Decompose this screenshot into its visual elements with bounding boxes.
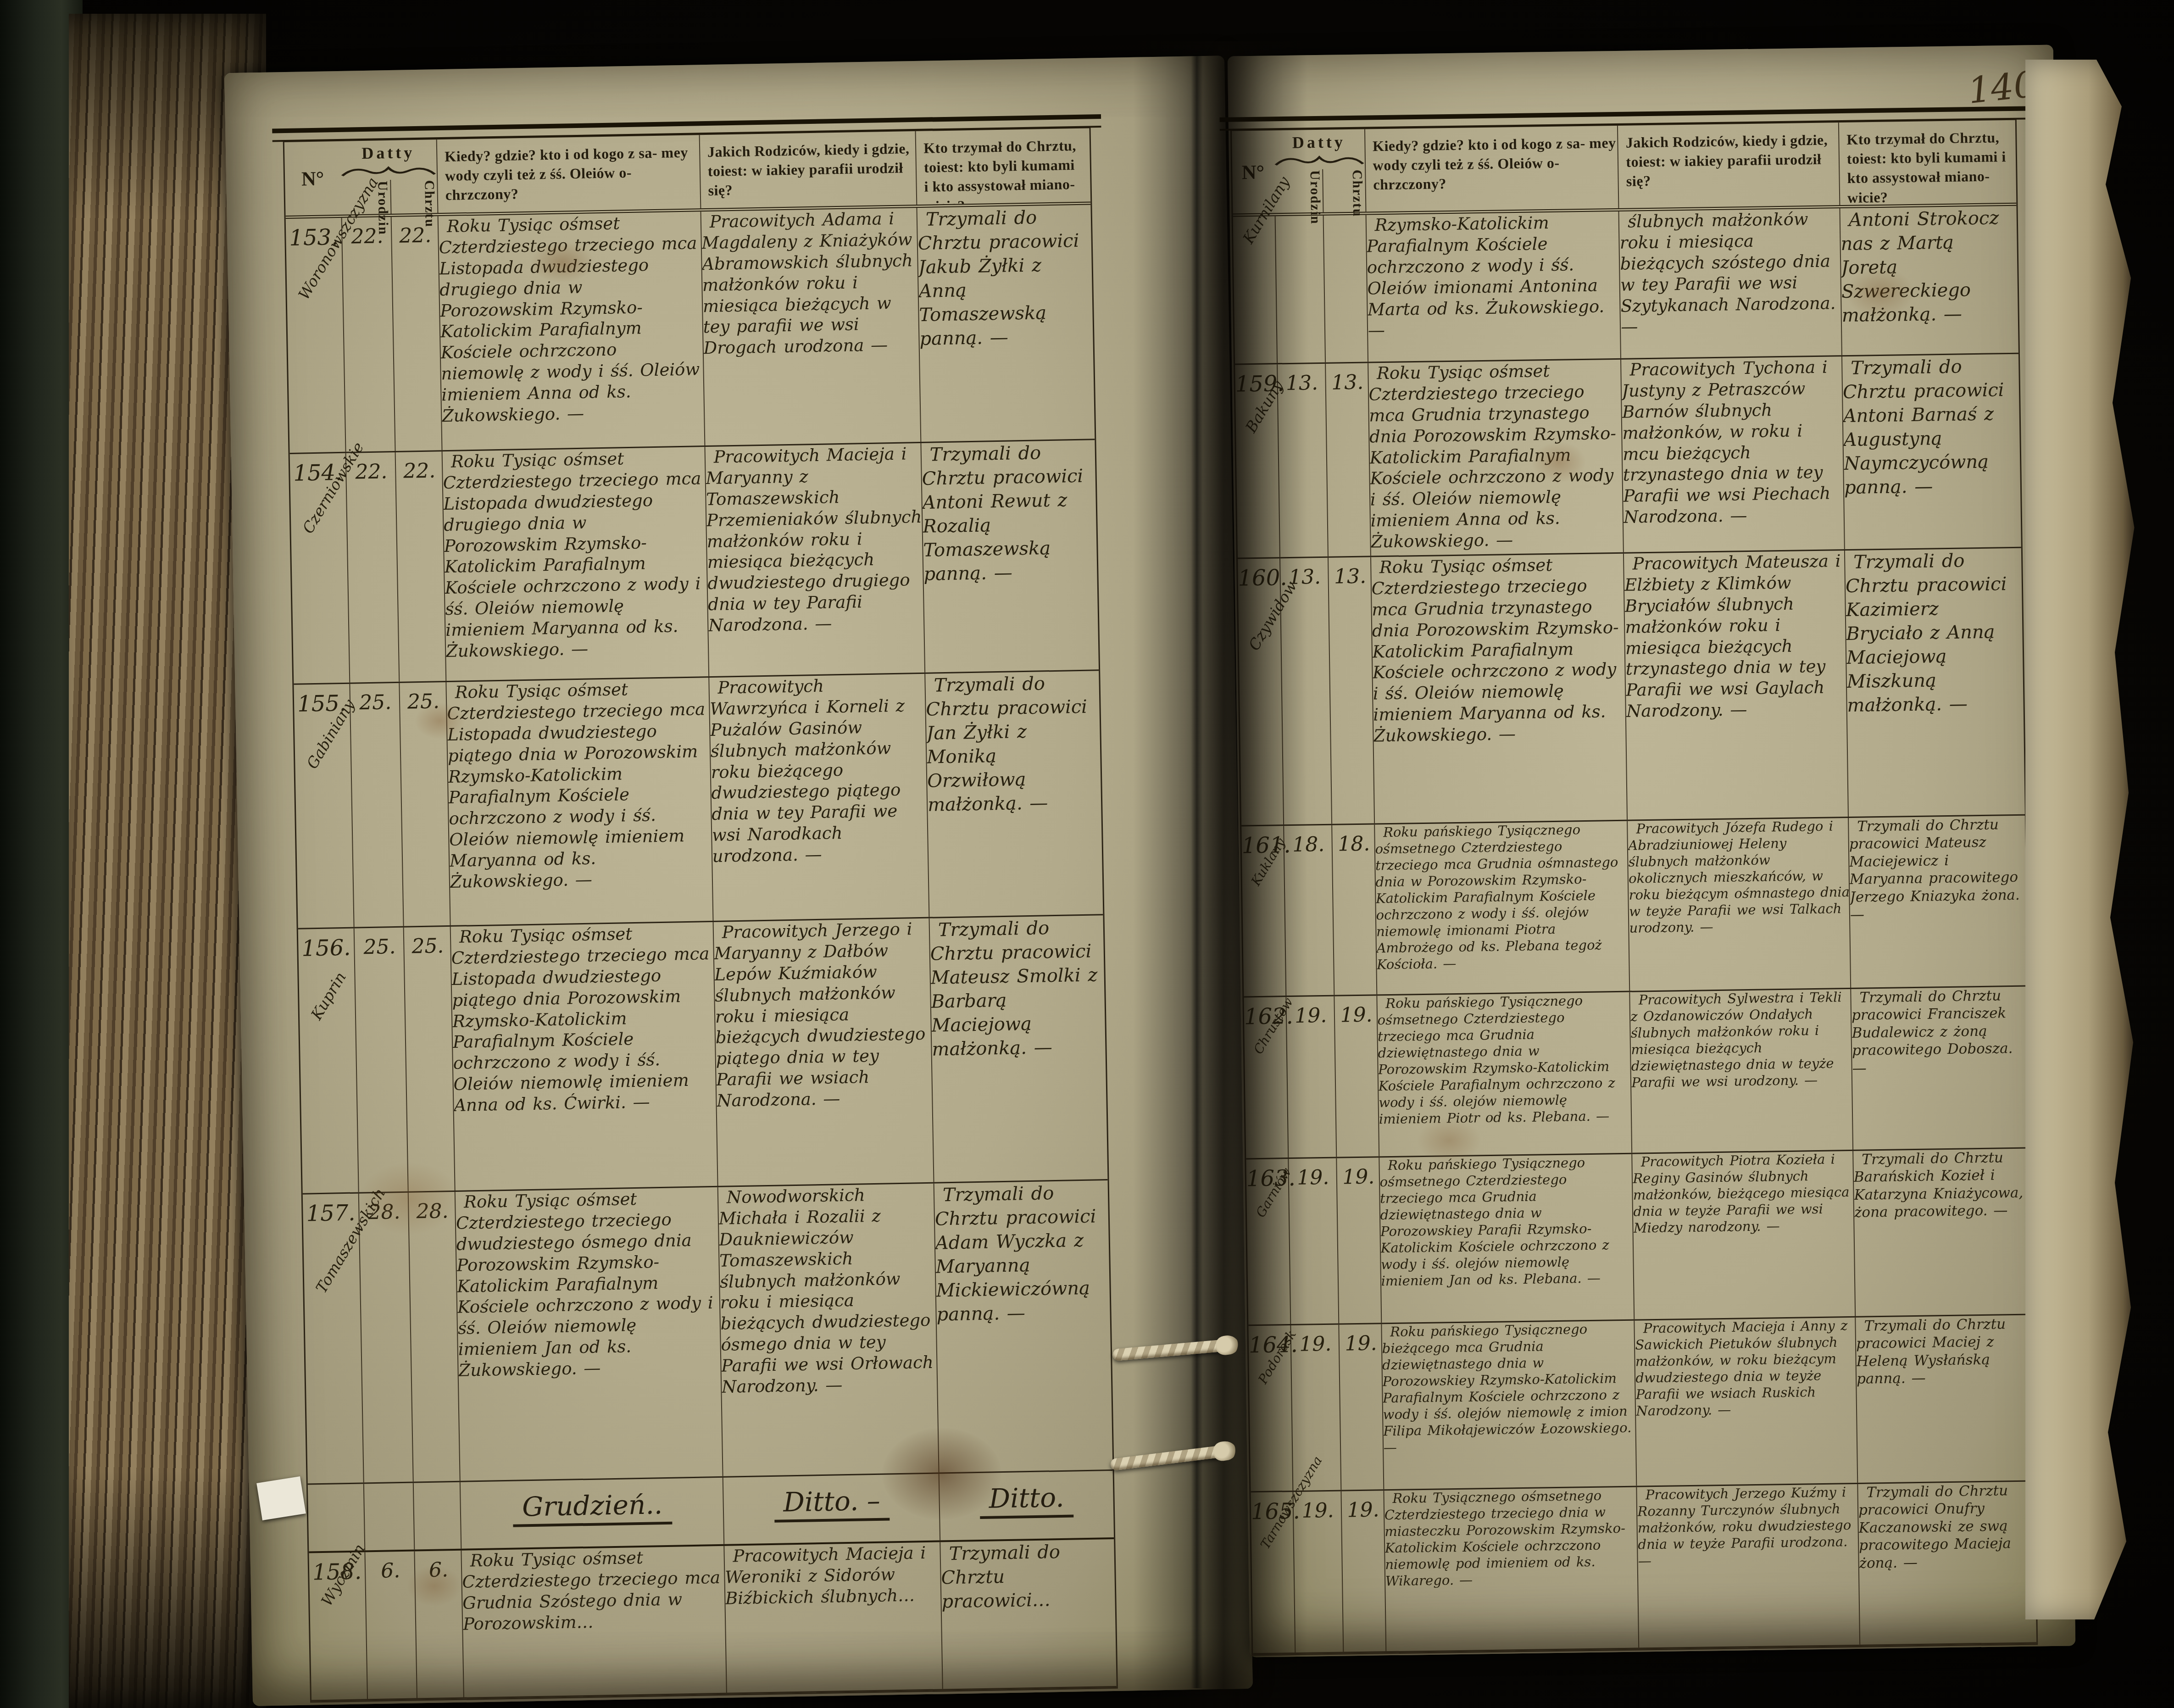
record-row: 164.Podorosk19.19.Roku pańskiego Tysiącz… — [1248, 1315, 2034, 1493]
baptism-date: 28. — [409, 1192, 456, 1224]
parish-register-scan: N° Datty Urodzin Chrztu Kiedy? gdzie? kt… — [0, 0, 2174, 1708]
baptism-date-cell: 18. — [1332, 824, 1377, 995]
godparents-entry-text: Trzymali do Chrztu pracowici Adam Wyczka… — [934, 1180, 1096, 1333]
parents-entry-cell: Pracowitych Piotra Kozieła i Reginy Gasi… — [1632, 1151, 1856, 1319]
parents-entry-text: Pracowitych Adama i Magdaleny z Kniażykó… — [701, 208, 913, 365]
record-rows: 153.Woronowszczyzna22.22.Roku Tysiąc ośm… — [286, 205, 1117, 1701]
birth-date-cell: 25. — [354, 928, 409, 1192]
record-rows: KurnilanyRzymsko-Katolickim Parafialnym … — [1233, 206, 2037, 1655]
godparents-entry-cell: Trzymali do Chrztu pracowici Jakub Żyłki… — [916, 205, 1095, 442]
column-header-godparents: Kto trzymał do Chrztu, toiest: kto byli … — [915, 128, 1091, 205]
godparents-entry-cell: Trzymali do Chrztu pracowici Mateusz Mac… — [1848, 816, 2027, 988]
column-header-when: Kiedy? gdzie? kto i od kogo z sa- mey wo… — [1364, 125, 1634, 211]
baptism-entry-cell: Rzymsko-Katolickim Parafialnym Kościele … — [1365, 211, 1621, 362]
baptism-entry-cell: Roku pańskiego Tysiącznego ośmsetnego Cz… — [1374, 821, 1630, 995]
baptism-date-cell: 22. — [391, 216, 443, 451]
baptism-date: 25. — [400, 682, 447, 714]
parents-entry-text: Pracowitych Macieja i Anny z Sawickich P… — [1635, 1318, 1847, 1426]
parents-entry-text: Nowodworskich Michała i Rozalii z Daukni… — [718, 1184, 934, 1404]
ditto-cell: Ditto. — [939, 1471, 1114, 1541]
baptism-entry-text: Roku Tysiąc ośmset Czterdziestego trzeci… — [446, 678, 706, 899]
parents-entry-text: Pracowitych Macieja i Maryanny z Tomasze… — [705, 443, 922, 643]
godparents-entry-text: Trzymali do Chrztu pracowici Kazimierz B… — [1845, 548, 2007, 723]
baptism-entry-text: Roku Tysiąc ośmset Czterdziestego trzeci… — [461, 1546, 721, 1641]
record-row: 158.Wyczmin6.6.Roku Tysiąc ośmset Czterd… — [309, 1539, 1116, 1702]
parents-entry-cell: Pracowitych Jerzego i Maryanny z Dałbów … — [712, 918, 934, 1186]
godparents-entry-cell: Trzymali do Chrztu pracowici Onufry Kacz… — [1857, 1481, 2036, 1644]
godparents-entry-cell: Trzymali do Chrztu pracowici Adam Wyczka… — [934, 1180, 1113, 1473]
baptism-entry-text: Roku pańskiego Tysiącznego ośmsetnego Cz… — [1375, 821, 1618, 979]
paper-slip — [256, 1476, 306, 1520]
brace-icon — [1273, 153, 1364, 167]
record-row: 161.Kuklany18.18.Roku pańskiego Tysiączn… — [1241, 816, 2027, 998]
month-label: Grudzień.. — [512, 1489, 672, 1527]
record-row: KurnilanyRzymsko-Katolickim Parafialnym … — [1233, 206, 2018, 365]
register-table-right: N° Datty Urodzin Chrztu Kiedy? gdzie? kt… — [1230, 119, 2038, 1656]
baptism-date-cell: 28. — [408, 1192, 461, 1482]
record-number: 160. — [1238, 558, 1279, 591]
baptism-entry-cell: Roku Tysiąc ośmset Czterdziestego trzeci… — [461, 1546, 727, 1697]
parents-entry-text: Pracowitych Mateusza i Elżbiety z Klimkó… — [1624, 551, 1841, 729]
record-row: 162.Chrustow19.19.Roku pańskiego Tysiącz… — [1244, 987, 2029, 1160]
record-number: 156. — [298, 929, 354, 962]
baptism-entry-text: Roku Tysiąc ośmset Czterdziestego trzeci… — [1368, 360, 1617, 556]
baptism-date-cell: 19. — [1334, 996, 1379, 1157]
baptism-entry-text: Roku Tysiącznego ośmsetnego Czterdzieste… — [1384, 1487, 1625, 1596]
record-number: 157. — [303, 1194, 359, 1227]
birth-date: 28. — [359, 1193, 409, 1224]
baptism-entry-cell: Roku Tysiąc ośmset Czterdziestego trzeci… — [445, 678, 713, 925]
parents-entry-cell: Pracowitych Macieja i Weroniki z Sidorów… — [723, 1542, 943, 1693]
baptism-date-cell: 13. — [1325, 363, 1371, 556]
baptism-entry-text: Roku pańskiego Tysiącznego ośmsetnego Cz… — [1379, 1154, 1610, 1296]
parents-entry-text: Pracowitych Jerzego Kuźmy i Rozanny Turc… — [1637, 1484, 1851, 1576]
column-header-parents: Jakich Rodziców, kiedy i gdzie, toiest: … — [1617, 122, 1855, 208]
parents-entry-cell: ślubnych małżonków roku i miesiąca bieżą… — [1618, 208, 1842, 358]
page-left: N° Datty Urodzin Chrztu Kiedy? gdzie? kt… — [224, 56, 1253, 1706]
birth-date: 13. — [1280, 558, 1329, 589]
godparents-entry-cell: Trzymali do Chrztu pracowici Maciej z He… — [1855, 1315, 2034, 1483]
record-number-cell: 161.Kuklany — [1241, 826, 1285, 996]
record-number-cell: Kurnilany — [1233, 216, 1277, 363]
parents-entry-text: Pracowitych Sylwestra i Tekli z Ozdanowi… — [1630, 989, 1842, 1097]
baptism-date-cell: 25. — [399, 682, 450, 926]
record-number-cell: 158.Wyczmin — [309, 1552, 367, 1700]
birth-date-cell: 13. — [1279, 558, 1333, 824]
column-header-parents: Jakich Rodziców, kiedy i gdzie, toiest: … — [699, 131, 932, 208]
baptism-entry-cell: Roku Tysiąc ośmset Czterdziestego trzeci… — [1370, 554, 1628, 823]
baptism-entry-cell: Roku Tysiąc ośmset Czterdziestego trzeci… — [442, 447, 709, 681]
baptism-date: 13. — [1329, 557, 1371, 588]
record-number-cell: 159.Bakuny — [1235, 364, 1279, 557]
record-number-cell: 165.Tarnowszczyzna — [1251, 1492, 1294, 1653]
birth-date-cell: 13. — [1277, 364, 1329, 557]
table-header: N° Datty Urodzin Chrztu Kiedy? gdzie? kt… — [1232, 120, 2016, 217]
record-row: 153.Woronowszczyzna22.22.Roku Tysiąc ośm… — [286, 205, 1095, 454]
column-header-chrztu: Chrztu — [390, 180, 437, 212]
baptism-date: 19. — [1337, 1157, 1380, 1189]
record-number-cell: 157.Tomaszewskich — [303, 1194, 363, 1484]
godparents-entry-text: Trzymali do Chrztu pracowici Antoni Rewu… — [921, 440, 1084, 592]
baptism-date-cell — [1323, 215, 1368, 362]
baptism-date: 22. — [392, 216, 439, 248]
godparents-entry-cell: Trzymali do Chrztu pracowici Franciszek … — [1850, 987, 2029, 1150]
birth-date-cell: 19. — [1285, 996, 1337, 1157]
baptism-entry-text: Roku Tysiąc ośmset Czterdziestego trzeci… — [450, 922, 710, 1123]
birth-date: 19. — [1291, 1325, 1340, 1356]
parents-entry-text: ślubnych małżonków roku i miesiąca bieżą… — [1619, 208, 1836, 344]
column-header-no: N° — [284, 141, 341, 216]
record-number-cell: 160.Czywidow — [1238, 558, 1283, 825]
birth-date-cell: 25. — [349, 683, 404, 927]
parents-entry-text: Pracowitych Józefa Rudego i Abradziuniow… — [1628, 818, 1850, 943]
godparents-entry-cell: Trzymali do Chrztu pracowici Jan Żyłki z… — [924, 671, 1103, 917]
parents-entry-text: Pracowitych Jerzego i Maryanny z Dałbów … — [713, 918, 926, 1118]
empty-cell — [363, 1483, 415, 1551]
baptism-date: 13. — [1326, 363, 1369, 395]
record-number-cell: 164.Podorosk — [1248, 1325, 1292, 1491]
baptism-date-cell: 19. — [1341, 1491, 1386, 1652]
parents-entry-cell: Pracowitych Jerzego Kuźmy i Rozanny Turc… — [1636, 1484, 1860, 1648]
record-number-cell: 155.Gabiniany — [294, 684, 353, 928]
godparents-entry-text: Trzymali do Chrztu pracowici Mateusz Smo… — [929, 915, 1098, 1068]
empty-cell — [413, 1482, 461, 1550]
birth-date: 25. — [355, 928, 405, 959]
parents-entry-text: Pracowitych Wawrzyńca i Korneli z Pużaló… — [709, 674, 905, 873]
baptism-entry-text: Roku Tysiąc ośmset Czterdziestego trzeci… — [455, 1187, 713, 1388]
baptism-entry-cell: Roku pańskiego Tysiącznego bieżącego mca… — [1381, 1321, 1637, 1490]
baptism-date-cell: 13. — [1328, 557, 1374, 823]
parents-entry-cell: Pracowitych Wawrzyńca i Korneli z Pużaló… — [708, 674, 929, 921]
baptism-entry-text: Roku Tysiąc ośmset Czterdziestego trzeci… — [1371, 554, 1619, 753]
godparents-entry-text: Antoni Strokocz nas z Martą Joretą Szwer… — [1840, 206, 1999, 334]
record-row: 159.Bakuny13.13.Roku Tysiąc ośmset Czter… — [1235, 354, 2021, 559]
record-row: 155.Gabiniany25.25.Roku Tysiąc ośmset Cz… — [294, 671, 1103, 929]
record-row: 163.Garniów19.19.Roku pańskiego Tysiączn… — [1246, 1149, 2032, 1326]
baptism-date: 18. — [1333, 824, 1375, 856]
baptism-entry-text: Roku pańskiego Tysiącznego bieżącego mca… — [1382, 1321, 1632, 1463]
birth-date-cell: 22. — [341, 217, 396, 452]
parents-entry-cell: Pracowitych Józefa Rudego i Abradziuniow… — [1627, 818, 1851, 991]
birth-date-cell: 28. — [358, 1193, 414, 1483]
baptism-date: 22. — [396, 451, 443, 483]
baptism-entry-cell: Roku Tysiąc ośmset Czterdziestego trzeci… — [1368, 360, 1624, 556]
page-right: N° Datty Urodzin Chrztu Kiedy? gdzie? kt… — [1228, 45, 2076, 1658]
baptism-date-cell: 19. — [1336, 1157, 1382, 1323]
parents-entry-cell: Pracowitych Tychona i Justyny z Petraszc… — [1620, 356, 1845, 552]
birth-date-cell: 18. — [1283, 825, 1335, 996]
birth-date: 6. — [366, 1552, 416, 1583]
godparents-entry-text: Trzymali do Chrztu pracowici Onufry Kacz… — [1858, 1481, 2011, 1579]
baptism-entry-cell: Roku Tysiąc ośmset Czterdziestego trzeci… — [438, 211, 706, 450]
column-header-when: Kiedy? gdzie? kto i od kogo z sa- mey wo… — [436, 135, 716, 213]
birth-date-cell — [1274, 216, 1326, 363]
baptism-date: 25. — [404, 927, 451, 958]
record-row: 157.Tomaszewskich28.28.Roku Tysiąc ośmse… — [303, 1180, 1113, 1485]
godparents-entry-cell: Trzymali do Chrztu pracowici Mateusz Smo… — [929, 915, 1108, 1182]
torn-page-edge — [2025, 60, 2140, 1619]
baptism-date-cell: 22. — [395, 451, 447, 682]
godparents-entry-text: Trzymali do Chrztu pracowici Antoni Barn… — [1842, 354, 2004, 506]
godparents-entry-text: Trzymali do Chrztu pracowici Mateusz Mac… — [1849, 816, 2020, 931]
parents-entry-cell: Pracowitych Adama i Magdaleny z Kniażykó… — [700, 208, 921, 445]
column-header-godparents: Kto trzymał do Chrztu, toiest: kto byli … — [1838, 120, 2016, 205]
baptism-date: 19. — [1342, 1491, 1384, 1522]
brace-icon — [340, 163, 437, 177]
birth-date-cell: 19. — [1292, 1491, 1344, 1652]
birth-date: 19. — [1293, 1491, 1342, 1523]
birth-date: 19. — [1286, 996, 1335, 1028]
baptism-date: 19. — [1340, 1324, 1382, 1355]
month-cell: Grudzień.. — [460, 1478, 724, 1549]
godparents-entry-text: Trzymali do Chrztu pracowici Franciszek … — [1851, 987, 2013, 1084]
birth-date: 19. — [1289, 1158, 1338, 1190]
birth-date: 13. — [1278, 364, 1327, 395]
godparents-entry-cell: Antoni Strokocz nas z Martą Joretą Szwer… — [1839, 206, 2018, 355]
parents-entry-cell: Pracowitych Mateusza i Elżbiety z Klimkó… — [1623, 551, 1849, 820]
parents-entry-cell: Nowodworskich Michała i Rozalii z Daukni… — [717, 1184, 939, 1476]
baptism-entry-cell: Roku pańskiego Tysiącznego ośmsetnego Cz… — [1379, 1154, 1635, 1323]
parents-entry-cell: Pracowitych Macieja i Maryanny z Tomasze… — [704, 443, 925, 676]
baptism-date-cell: 6. — [414, 1551, 464, 1698]
birth-date-cell: 6. — [365, 1552, 417, 1699]
baptism-date: 19. — [1335, 996, 1378, 1027]
birth-date: 22. — [346, 452, 396, 484]
godparents-entry-cell: Trzymali do Chrztu pracowici Kazimierz B… — [1844, 548, 2025, 817]
record-row: 160.Czywidow13.13.Roku Tysiąc ośmset Czt… — [1238, 548, 2025, 827]
godparents-entry-cell: Trzymali do Chrztu pracowici Antoni Barn… — [1841, 354, 2021, 549]
baptism-entry-text: Roku pańskiego Tysiącznego ośmsetnego Cz… — [1377, 992, 1618, 1134]
baptism-entry-text: Roku Tysiąc ośmset Czterdziestego trzeci… — [442, 447, 701, 668]
parents-entry-cell: Pracowitych Macieja i Anny z Sawickich P… — [1634, 1318, 1858, 1486]
empty-cell — [308, 1484, 365, 1551]
ditto-cell: Ditto. – — [723, 1474, 941, 1544]
column-header-datty: Datty — [340, 142, 437, 163]
record-number-cell: 162.Chrustow — [1244, 997, 1287, 1158]
record-row: 165.Tarnowszczyzna19.19.Roku Tysiącznego… — [1251, 1481, 2036, 1654]
baptism-entry-cell: Roku Tysiącznego ośmsetnego Czterdzieste… — [1383, 1487, 1640, 1652]
parents-entry-text: Pracowitych Tychona i Justyny z Petraszc… — [1621, 356, 1831, 534]
baptism-entry-cell: Roku pańskiego Tysiącznego ośmsetnego Cz… — [1376, 992, 1633, 1157]
godparents-entry-text: Trzymali do Chrztu pracowici Maciej z He… — [1856, 1315, 2006, 1395]
birth-date-cell: 19. — [1288, 1158, 1340, 1324]
column-header-chrztu: Chrztu — [1323, 170, 1365, 211]
record-number-cell: 163.Garniów — [1246, 1159, 1290, 1324]
baptism-date-cell: 25. — [403, 927, 456, 1191]
baptism-date-cell: 19. — [1339, 1324, 1384, 1490]
record-row: 154.Czerniowskie22.22.Roku Tysiąc ośmset… — [290, 440, 1099, 685]
village-note: Kuprin — [307, 969, 350, 1023]
ditto-label: Ditto. – — [774, 1485, 890, 1522]
godparents-entry-text: Trzymali do Chrztu Barańskich Kozieł i K… — [1853, 1149, 2024, 1229]
baptism-entry-text: Roku Tysiąc ośmset Czterdziestego trzeci… — [438, 211, 700, 433]
record-number-cell: 153.Woronowszczyzna — [286, 218, 345, 453]
parents-entry-cell: Pracowitych Sylwestra i Tekli z Ozdanowi… — [1629, 989, 1853, 1153]
parents-entry-text: Pracowitych Macieja i Weroniki z Sidorów… — [724, 1542, 926, 1616]
table-header: N° Datty Urodzin Chrztu Kiedy? gdzie? kt… — [284, 128, 1091, 219]
godparents-entry-text: Trzymali do Chrztu pracowici Jan Żyłki z… — [925, 671, 1088, 823]
register-table-left: N° Datty Urodzin Chrztu Kiedy? gdzie? kt… — [283, 127, 1118, 1702]
column-header-datty: Datty — [1273, 132, 1365, 153]
birth-date: 22. — [342, 217, 392, 249]
godparents-entry-text: Trzymali do Chrztu pracowici Jakub Żyłki… — [917, 205, 1079, 357]
godparents-entry-cell: Trzymali do Chrztu pracowici… — [940, 1539, 1116, 1689]
baptism-date: 6. — [415, 1551, 462, 1582]
godparents-entry-cell: Trzymali do Chrztu Barańskich Kozieł i K… — [1852, 1149, 2032, 1316]
parents-entry-text: Pracowitych Piotra Kozieła i Reginy Gasi… — [1632, 1151, 1849, 1243]
godparents-entry-text: Trzymali do Chrztu pracowici… — [940, 1539, 1061, 1620]
record-row: 156.Kuprin25.25.Roku Tysiąc ośmset Czter… — [298, 915, 1108, 1195]
ditto-label: Ditto. — [979, 1481, 1073, 1519]
record-number-cell: 156.Kuprin — [298, 929, 358, 1193]
birth-date: 25. — [350, 683, 400, 715]
godparents-entry-cell: Trzymali do Chrztu pracowici Antoni Rewu… — [920, 440, 1099, 673]
birth-date-cell: 22. — [345, 452, 400, 683]
record-number-cell: 154.Czerniowskie — [290, 453, 350, 684]
baptism-entry-cell: Roku Tysiąc ośmset Czterdziestego trzeci… — [455, 1187, 723, 1481]
birth-date: 18. — [1284, 825, 1333, 857]
baptism-entry-text: Rzymsko-Katolickim Parafialnym Kościele … — [1366, 211, 1605, 348]
baptism-entry-cell: Roku Tysiąc ośmset Czterdziestego trzeci… — [450, 922, 718, 1191]
